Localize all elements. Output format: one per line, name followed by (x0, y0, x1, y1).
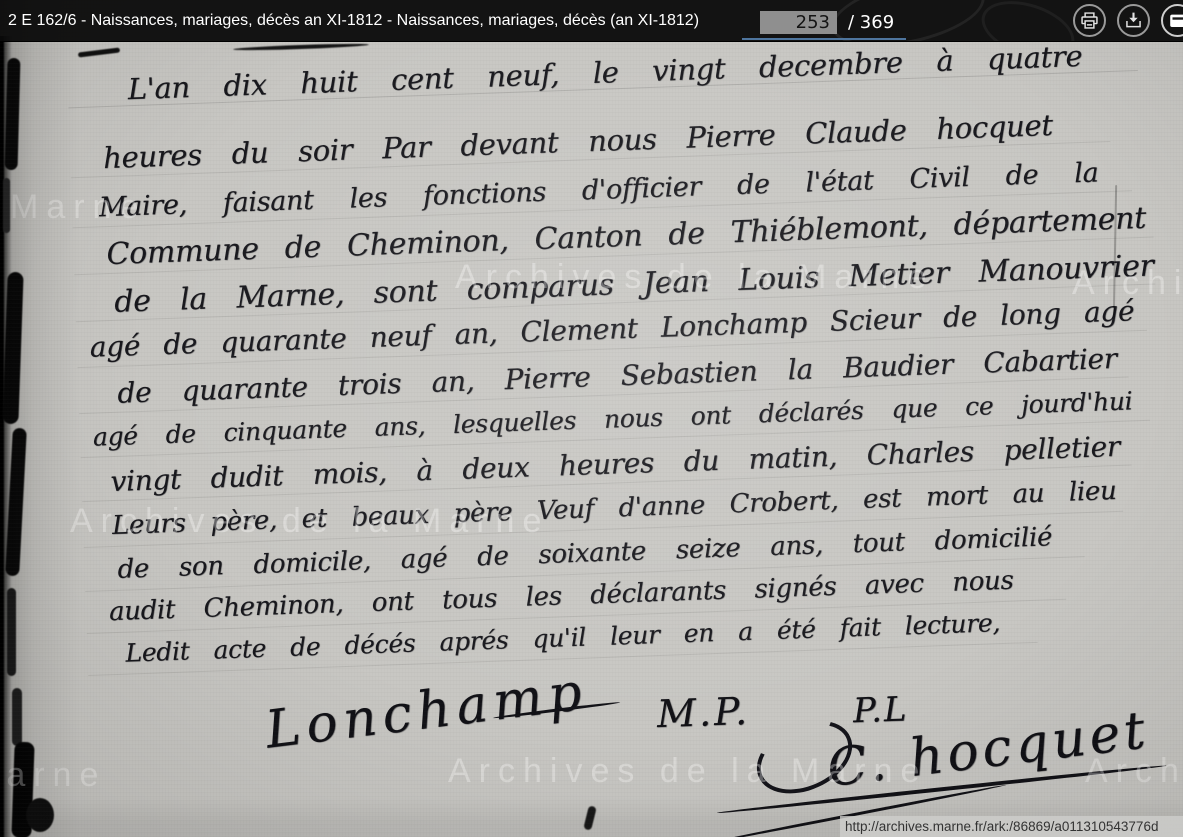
print-icon (1079, 10, 1100, 31)
status-url: http://archives.marne.fr/ark:/86869/a011… (840, 816, 1183, 837)
toolbar-actions (1073, 4, 1183, 37)
page-navigator: / 369 (742, 10, 906, 36)
fullscreen-button[interactable] (1161, 4, 1183, 37)
page-number-input[interactable] (760, 11, 837, 34)
print-button[interactable] (1073, 4, 1106, 37)
scan-viewport[interactable]: L'an dix huit cent neuf, le vingt decemb… (0, 0, 1183, 837)
viewer-toolbar: 2 E 162/6 - Naissances, mariages, décès … (0, 0, 1183, 42)
fullscreen-screen-icon (1167, 10, 1183, 32)
manuscript-line: L'an dix huit cent neuf, le vingt decemb… (127, 42, 1082, 104)
download-icon (1123, 10, 1144, 31)
page-total-label: / 369 (848, 12, 894, 33)
signature-initials-pl: P.L (852, 692, 909, 728)
signature-initials-mp: M.P. (656, 692, 750, 733)
manuscript-text: L'an dix huit cent neuf, le vingt decemb… (41, 11, 1183, 830)
download-button[interactable] (1117, 4, 1150, 37)
document-title: 2 E 162/6 - Naissances, mariages, décès … (8, 12, 699, 30)
toolbar-backdrop-swirl (974, 0, 1081, 42)
page-input-underline (742, 38, 906, 40)
